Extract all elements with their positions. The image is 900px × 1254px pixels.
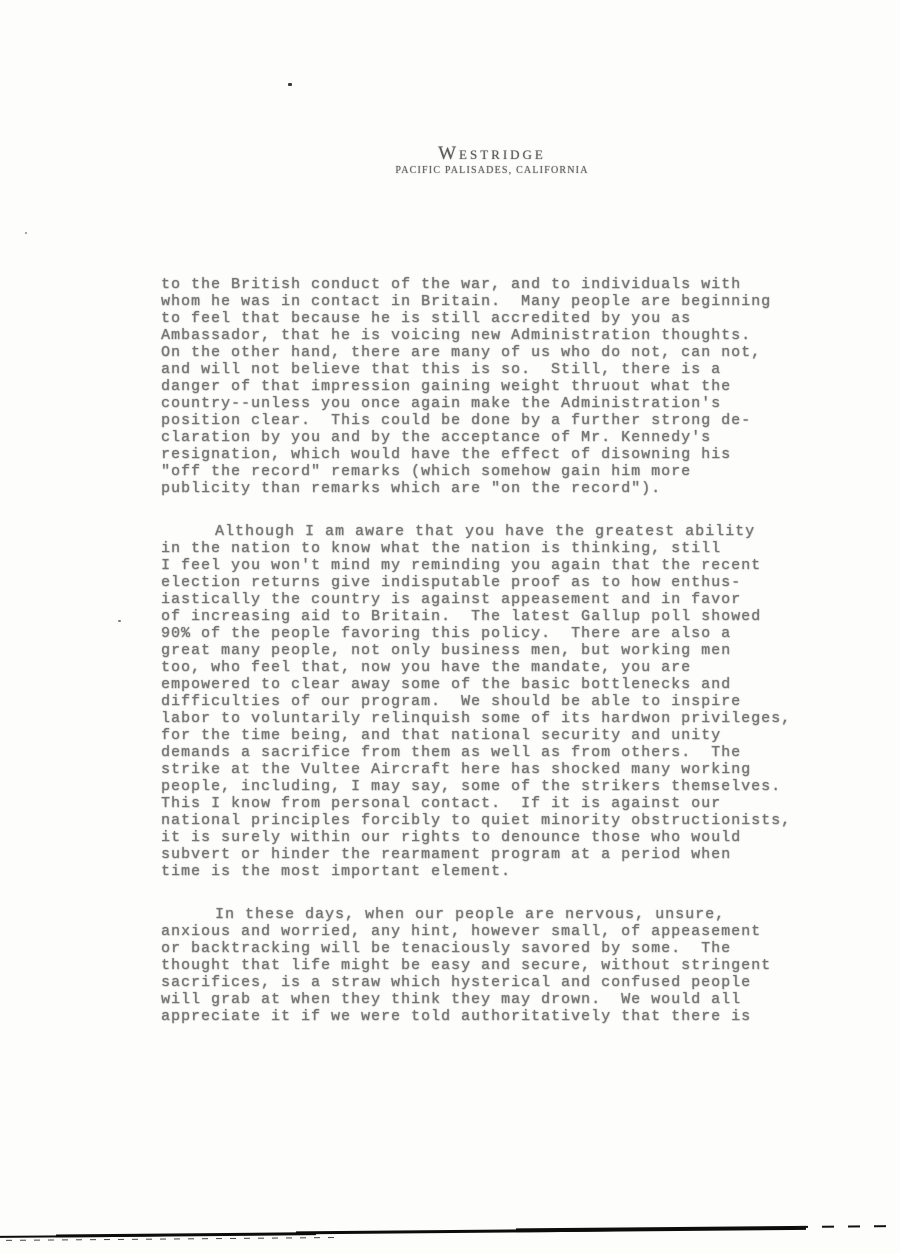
text-line: I feel you won't mind my reminding you a… (161, 557, 821, 574)
text-line: sacrifices, is a straw which hysterical … (161, 974, 821, 991)
text-line: Although I am aware that you have the gr… (161, 523, 821, 540)
text-line: iastically the country is against appeas… (161, 591, 821, 608)
text-line: On the other hand, there are many of us … (161, 344, 821, 361)
letterhead-address: PACIFIC PALISADES, CALIFORNIA (42, 165, 900, 177)
text-line: to the British conduct of the war, and t… (161, 276, 821, 293)
text-line: In these days, when our people are nervo… (161, 906, 821, 923)
text-line: position clear. This could be done by a … (161, 412, 821, 429)
text-line: "off the record" remarks (which somehow … (161, 463, 821, 480)
letterhead: WESTRIDGE PACIFIC PALISADES, CALIFORNIA (42, 144, 900, 177)
text-line: thought that life might be easy and secu… (161, 957, 821, 974)
letterhead-name-rest: ESTRIDGE (459, 147, 546, 162)
text-line: for the time being, and that national se… (161, 727, 821, 744)
text-line: election returns give indisputable proof… (161, 574, 821, 591)
scan-speck (25, 232, 27, 234)
text-line: resignation, which would have the effect… (161, 446, 821, 463)
text-line: empowered to clear away some of the basi… (161, 676, 821, 693)
text-line: time is the most important element. (161, 863, 821, 880)
text-line: people, including, I may say, some of th… (161, 778, 821, 795)
scan-edge-segment (796, 1225, 900, 1228)
text-line: subvert or hinder the rearmament program… (161, 846, 821, 863)
text-line: danger of that impression gaining weight… (161, 378, 821, 395)
text-line: This I know from personal contact. If it… (161, 795, 821, 812)
text-line: claration by you and by the acceptance o… (161, 429, 821, 446)
text-line: appreciate it if we were told authoritat… (161, 1008, 821, 1025)
paragraph: to the British conduct of the war, and t… (161, 276, 821, 497)
paragraph: Although I am aware that you have the gr… (161, 523, 821, 880)
text-line: and will not believe that this is so. St… (161, 361, 821, 378)
text-line: to feel that because he is still accredi… (161, 310, 821, 327)
text-line: in the nation to know what the nation is… (161, 540, 821, 557)
text-line: anxious and worried, any hint, however s… (161, 923, 821, 940)
text-line: it is surely within our rights to denoun… (161, 829, 821, 846)
text-line: or backtracking will be tenaciously savo… (161, 940, 821, 957)
text-line: publicity than remarks which are "on the… (161, 480, 821, 497)
text-line: demands a sacrifice from them as well as… (161, 744, 821, 761)
text-line: whom he was in contact in Britain. Many … (161, 293, 821, 310)
text-line: Ambassador, that he is voicing new Admin… (161, 327, 821, 344)
text-line: will grab at when they think they may dr… (161, 991, 821, 1008)
text-line: difficulties of our program. We should b… (161, 693, 821, 710)
text-line: 90% of the people favoring this policy. … (161, 625, 821, 642)
scanned-letter-page: WESTRIDGE PACIFIC PALISADES, CALIFORNIA … (0, 0, 900, 1254)
paragraph: In these days, when our people are nervo… (161, 906, 821, 1025)
letterhead-name: WESTRIDGE (42, 144, 900, 165)
text-line: labor to voluntarily relinquish some of … (161, 710, 821, 727)
scan-speck (288, 83, 292, 86)
letter-body: to the British conduct of the war, and t… (161, 276, 821, 1051)
letterhead-name-initial: W (438, 143, 459, 164)
text-line: strike at the Vultee Aircraft here has s… (161, 761, 821, 778)
scan-edge-segment (6, 1237, 336, 1241)
scan-edge-artifact (0, 1222, 900, 1244)
text-line: of increasing aid to Britain. The latest… (161, 608, 821, 625)
text-line: great many people, not only business men… (161, 642, 821, 659)
text-line: national principles forcibly to quiet mi… (161, 812, 821, 829)
scan-edge-segment (516, 1226, 806, 1233)
scan-speck (118, 620, 121, 622)
text-line: too, who feel that, now you have the man… (161, 659, 821, 676)
text-line: country--unless you once again make the … (161, 395, 821, 412)
